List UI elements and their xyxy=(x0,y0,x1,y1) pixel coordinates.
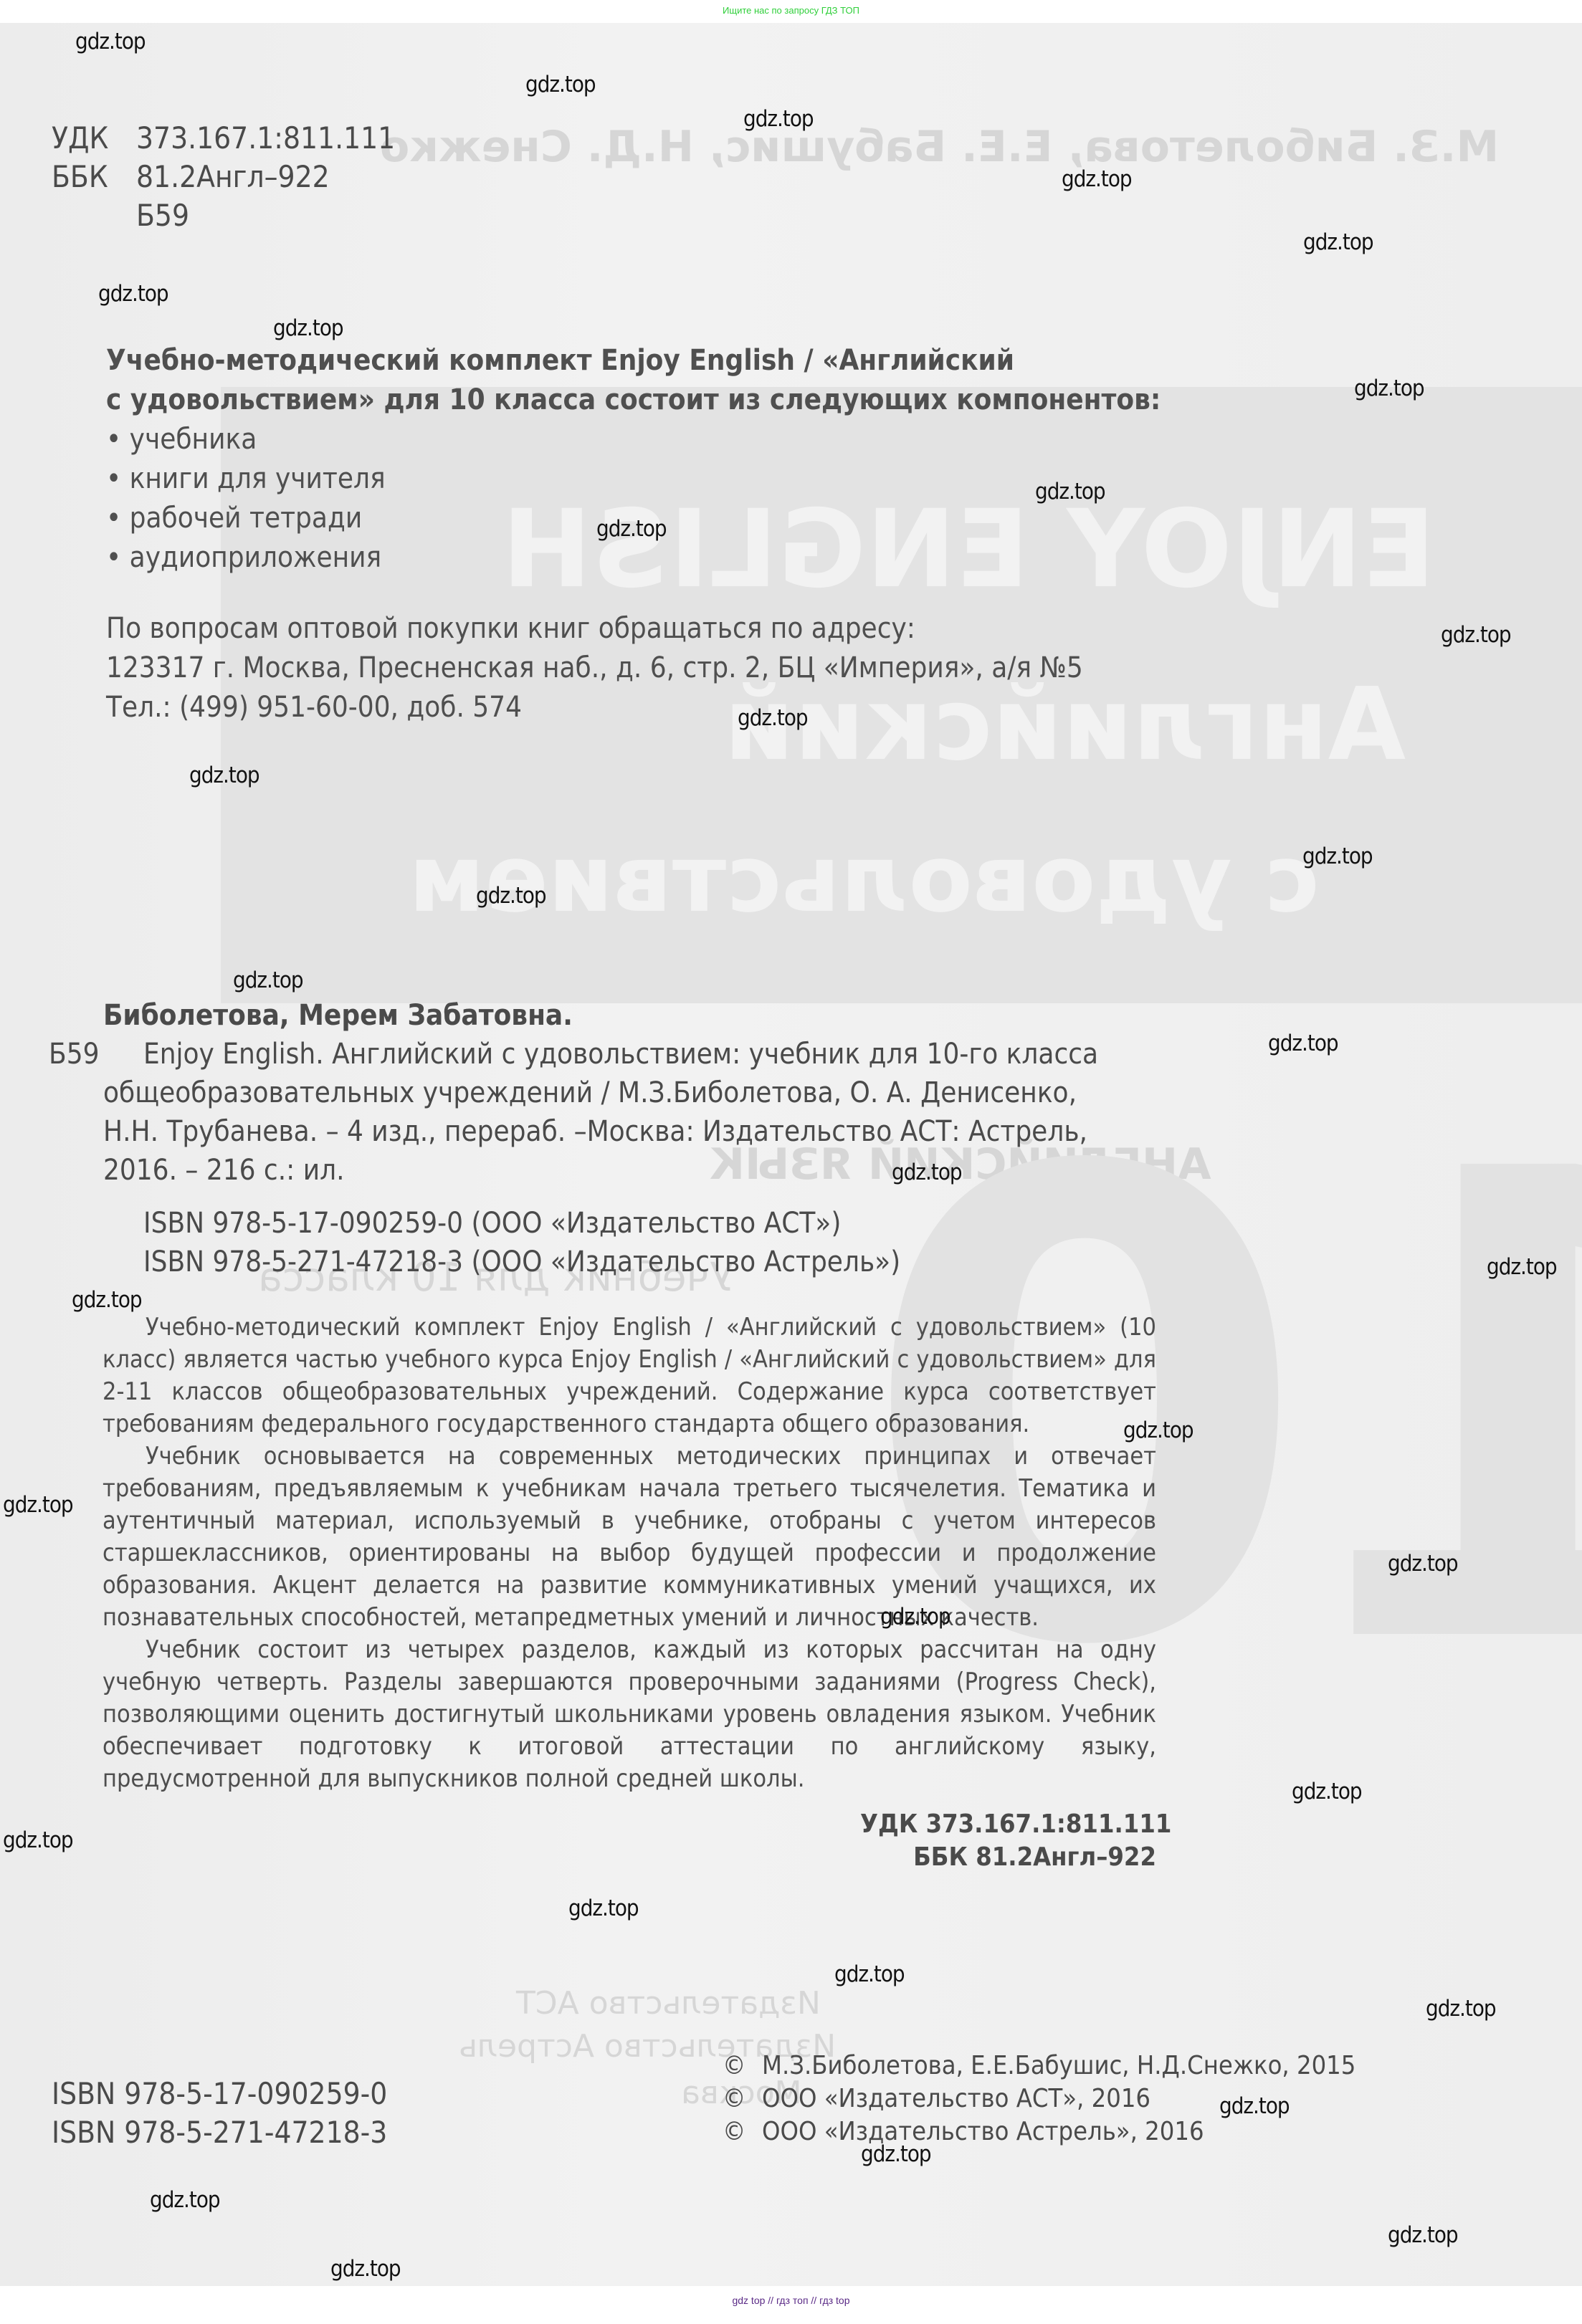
udk-label: УДК xyxy=(52,119,136,158)
watermark-text: gdz.top xyxy=(1268,1031,1338,1056)
biblio-code: Б59 xyxy=(49,1035,99,1073)
wholesale-phone: Тел.: (499) 951-60-00, доб. 574 xyxy=(106,688,1083,727)
watermark-text: gdz.top xyxy=(525,72,596,97)
kit-item: • аудиоприложения xyxy=(106,538,1161,578)
bleed-authors: М.З. Биболетова, Е.Е. Бабушис, Н.Д. Снеж… xyxy=(380,122,1499,172)
bbk-label: ББК xyxy=(52,158,136,196)
wholesale-line: По вопросам оптовой покупки книг обращат… xyxy=(106,609,1083,649)
footer-banner: gdz top // гдз топ // гдз top xyxy=(0,2286,1582,2324)
watermark-text: gdz.top xyxy=(1388,2222,1458,2248)
watermark-text: gdz.top xyxy=(568,1895,639,1921)
watermark-text: gdz.top xyxy=(738,705,808,731)
biblio-line: Н.Н. Трубанева. – 4 изд., перераб. –Моск… xyxy=(103,1112,1098,1151)
watermark-text: gdz.top xyxy=(476,883,546,909)
bottom-isbn: ISBN 978-5-17-090259-0 xyxy=(52,2075,387,2113)
watermark-text: gdz.top xyxy=(72,1287,142,1313)
watermark-text: gdz.top xyxy=(743,106,814,132)
watermark-text: gdz.top xyxy=(273,315,343,341)
watermark-text: gdz.top xyxy=(1354,376,1424,401)
watermark-text: gdz.top xyxy=(1219,2093,1290,2119)
author-mark: Б59 xyxy=(52,196,395,235)
watermark-text: gdz.top xyxy=(596,516,667,542)
classification-block: УДК373.167.1:811.111 ББК81.2Англ–922 Б59 xyxy=(52,119,395,235)
watermark-text: gdz.top xyxy=(1487,1254,1557,1280)
kit-heading-line1: Учебно-методический комплект Enjoy Engli… xyxy=(106,341,1161,381)
copyright-icon: © xyxy=(723,2050,762,2082)
top-banner: Ищите нас по запросу ГДЗ ТОП xyxy=(0,0,1582,23)
udk-value: 373.167.1:811.111 xyxy=(136,120,395,156)
watermark-text: gdz.top xyxy=(834,1961,905,1987)
watermark-text: gdz.top xyxy=(1035,479,1105,505)
bleed-publisher-1: Издательство АСТ xyxy=(516,1985,821,2022)
copyright-icon: © xyxy=(723,2082,762,2115)
watermark-text: gdz.top xyxy=(189,762,259,788)
watermark-text: gdz.top xyxy=(1303,229,1373,255)
watermark-text: gdz.top xyxy=(892,1159,962,1185)
copyright-line: ООО «Издательство АСТ», 2016 xyxy=(762,2084,1150,2113)
annotation-classification: УДК 373.167.1:811.111 ББК 81.2Англ–922 xyxy=(860,1808,1156,1874)
watermark-text: gdz.top xyxy=(3,1827,73,1853)
watermark-text: gdz.top xyxy=(1426,1996,1496,2022)
copyright-line: М.З.Биболетова, Е.Е.Бабушис, Н.Д.Снежко,… xyxy=(762,2051,1355,2080)
biblio-line: общеобразовательных учреждений / М.З.Биб… xyxy=(103,1073,1098,1112)
watermark-text: gdz.top xyxy=(880,1604,950,1630)
kit-heading-line2: с удовольствием» для 10 класса состоит и… xyxy=(106,381,1161,420)
annotation-paragraph: Учебник основывается на современных мето… xyxy=(103,1440,1156,1634)
biblio-line: Enjoy English. Английский с удовольствие… xyxy=(103,1035,1098,1073)
bleed-title-3: с удовольствием xyxy=(409,824,1320,933)
watermark-text: gdz.top xyxy=(150,2187,220,2213)
watermark-text: gdz.top xyxy=(1388,1551,1458,1577)
biblio-author: Биболетова, Мерем Забатовна. xyxy=(103,996,1098,1035)
isbn-ast: ISBN 978-5-17-090259-0 (ООО «Издательств… xyxy=(143,1204,900,1243)
watermark-text: gdz.top xyxy=(75,29,146,54)
wholesale-contact: По вопросам оптовой покупки книг обращат… xyxy=(106,609,1083,727)
copyright-icon: © xyxy=(723,2115,762,2148)
watermark-text: gdz.top xyxy=(861,2141,931,2167)
watermark-text: gdz.top xyxy=(1123,1417,1193,1443)
watermark-text: gdz.top xyxy=(3,1492,73,1518)
kit-item: • учебника xyxy=(106,420,1161,459)
biblio-isbn-list: ISBN 978-5-17-090259-0 (ООО «Издательств… xyxy=(143,1204,900,1281)
isbn-astrel: ISBN 978-5-271-47218-3 (ООО «Издательств… xyxy=(143,1243,900,1281)
kit-components: Учебно-методический комплект Enjoy Engli… xyxy=(106,341,1161,578)
copyright-line: ООО «Издательство Астрель», 2016 xyxy=(762,2117,1204,2146)
watermark-text: gdz.top xyxy=(1292,1779,1362,1804)
bottom-isbn-list: ISBN 978-5-17-090259-0 ISBN 978-5-271-47… xyxy=(52,2075,387,2152)
kit-item: • книги для учителя xyxy=(106,459,1161,499)
annotation: Учебно-методический комплект Enjoy Engli… xyxy=(103,1311,1156,1795)
watermark-text: gdz.top xyxy=(1302,843,1373,869)
annotation-paragraph: Учебно-методический комплект Enjoy Engli… xyxy=(103,1311,1156,1440)
bottom-isbn: ISBN 978-5-271-47218-3 xyxy=(52,2113,387,2152)
watermark-text: gdz.top xyxy=(1062,166,1132,192)
watermark-text: gdz.top xyxy=(1441,622,1511,648)
annotation-paragraph: Учебник состоит из четырех разделов, каж… xyxy=(103,1634,1156,1795)
bbk-value: 81.2Англ–922 xyxy=(136,159,330,194)
watermark-text: gdz.top xyxy=(330,2256,401,2282)
wholesale-address: 123317 г. Москва, Пресненская наб., д. 6… xyxy=(106,649,1083,688)
annotation-bbk: ББК 81.2Англ–922 xyxy=(860,1841,1156,1874)
watermark-text: gdz.top xyxy=(98,281,168,307)
annotation-udk: УДК 373.167.1:811.111 xyxy=(860,1808,1156,1841)
watermark-text: gdz.top xyxy=(233,967,303,993)
